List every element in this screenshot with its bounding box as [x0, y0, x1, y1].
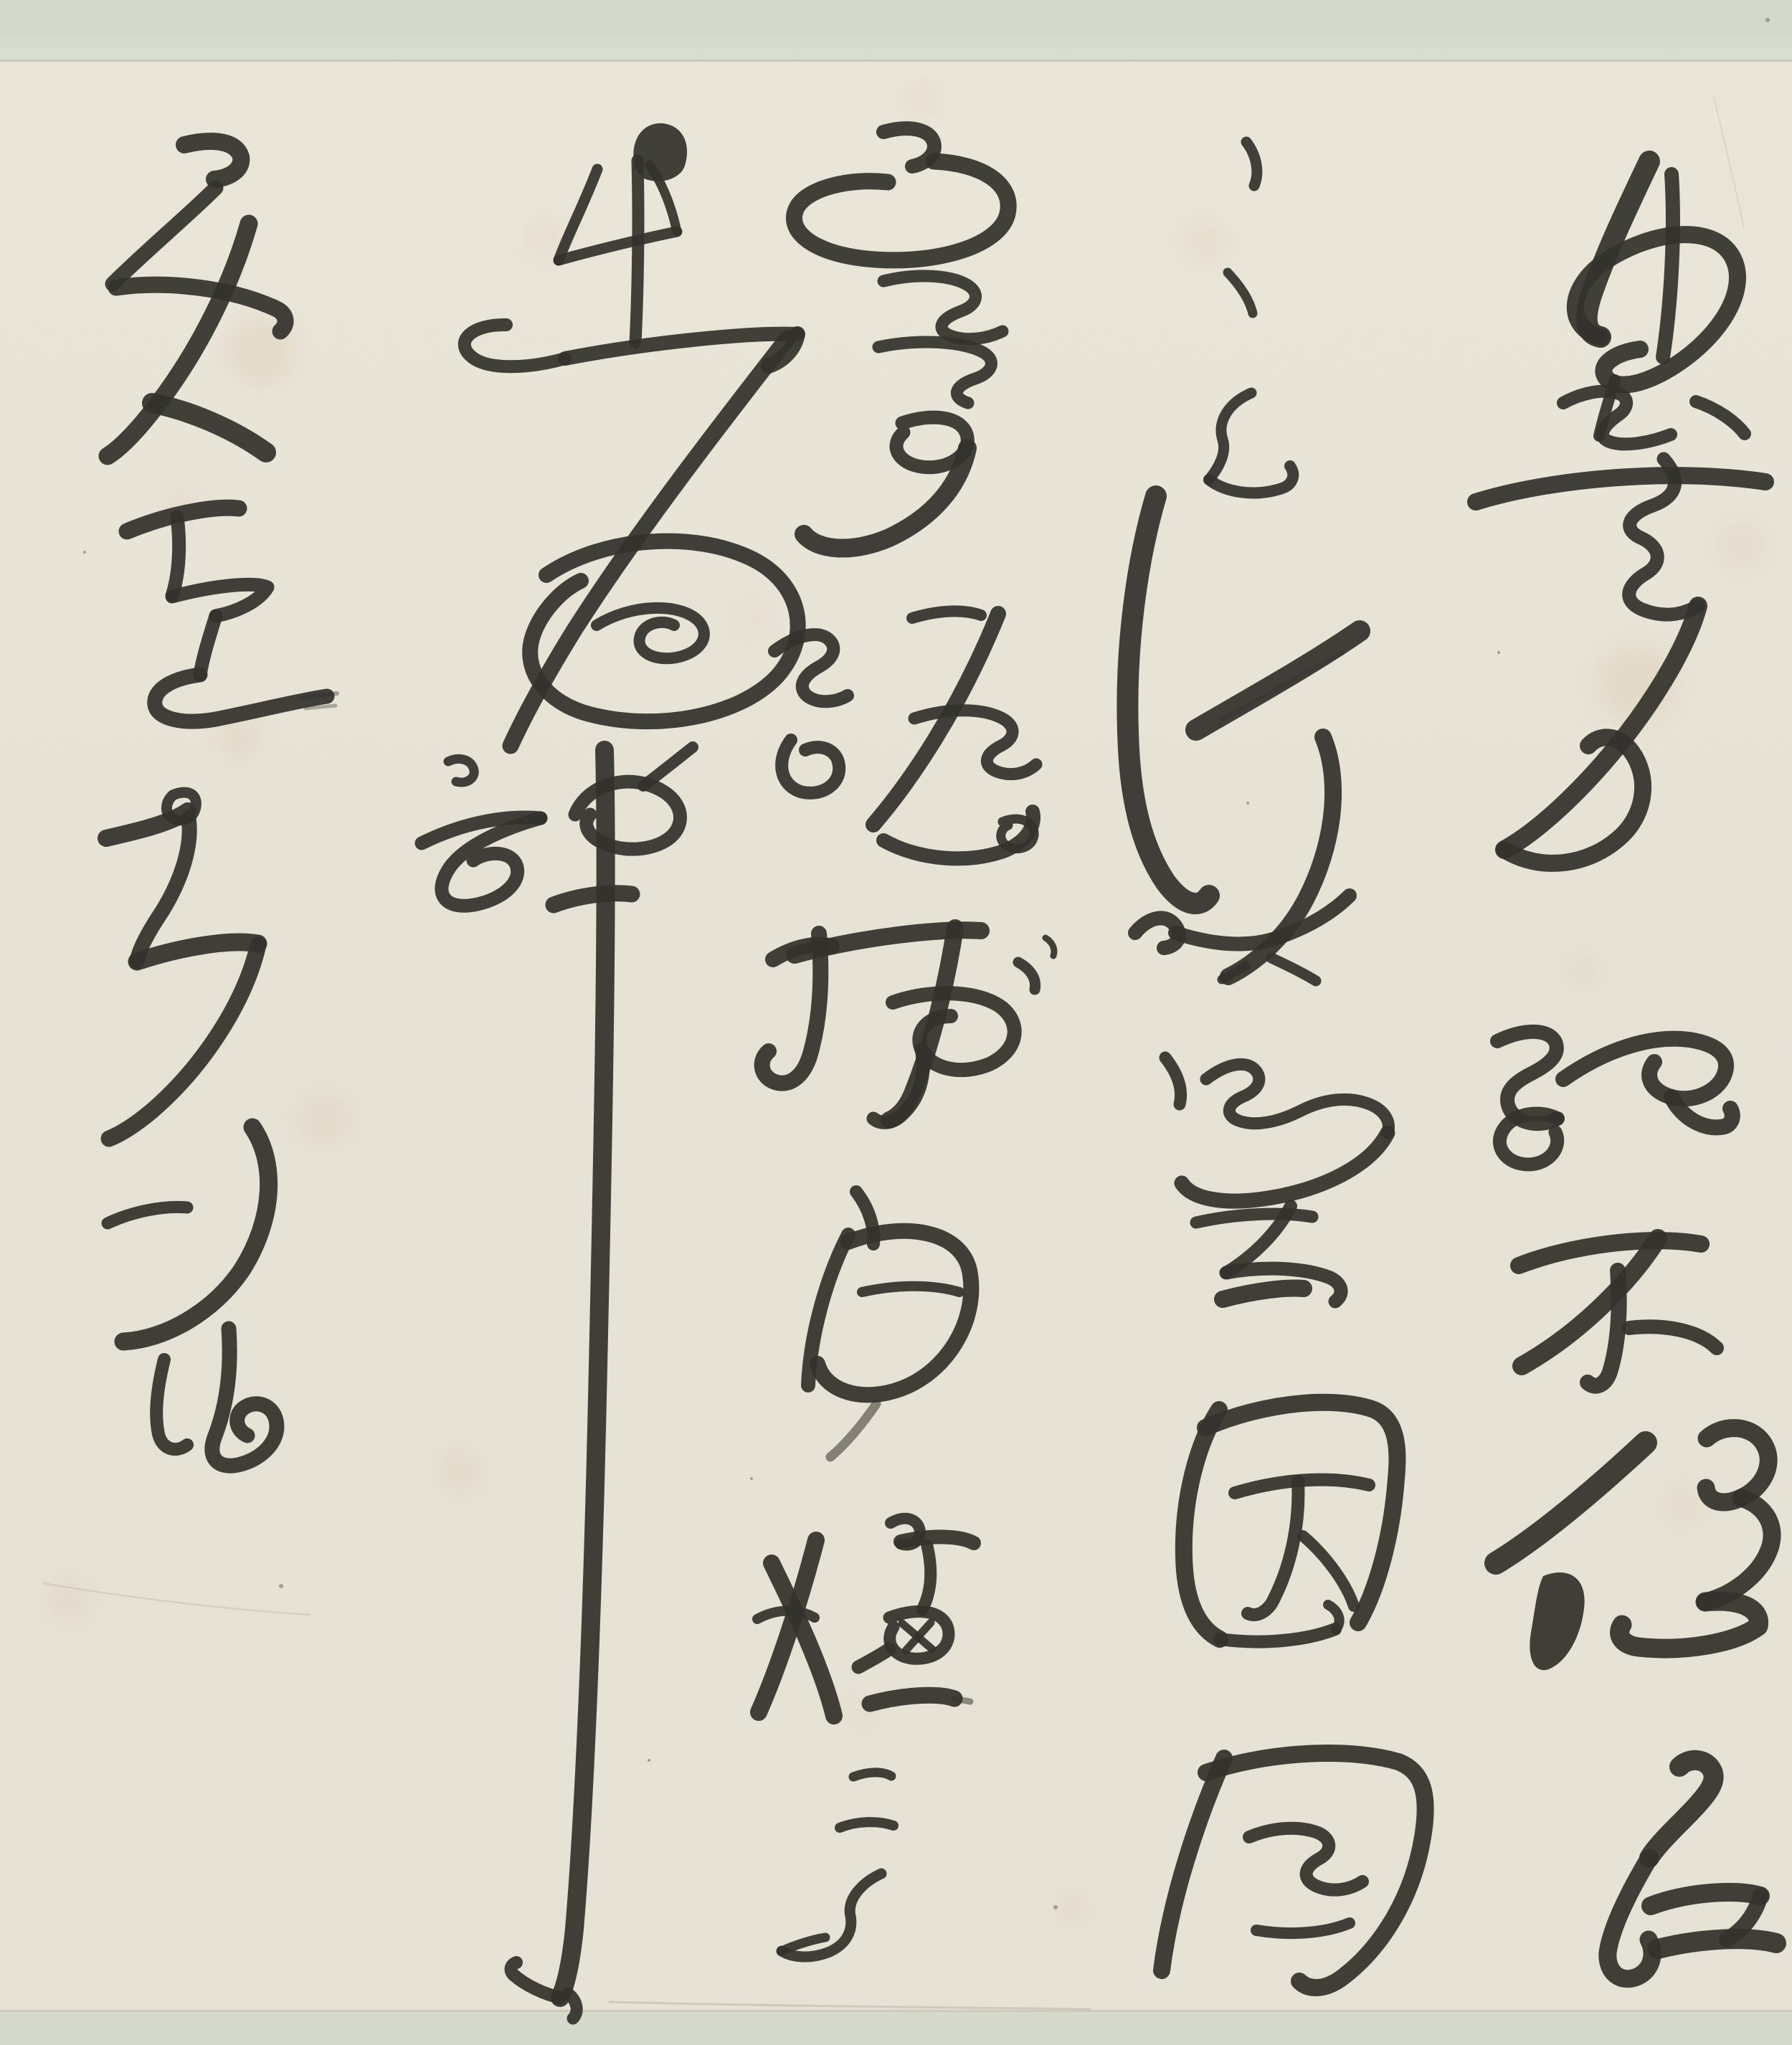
calligraphy-scroll-panel: [0, 0, 1792, 2045]
calligraphy-artwork: [0, 0, 1792, 2045]
paper-grain-overlay: [0, 0, 1792, 2045]
